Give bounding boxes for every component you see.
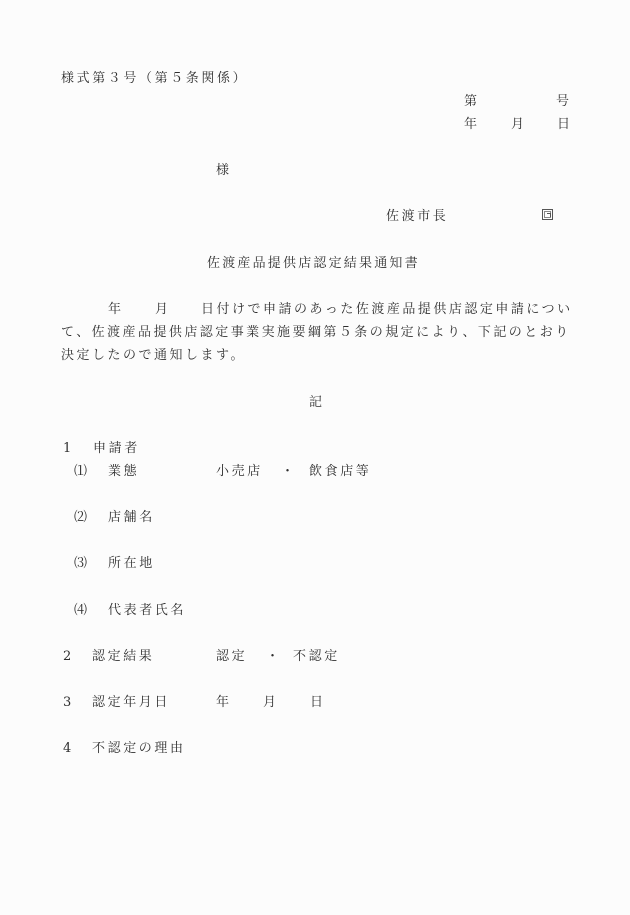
item-number: 1 [63,442,74,455]
body-line1: 日付けで申請のあった佐渡産品提供店認定申請につい [201,303,573,316]
item-label: 不認定の理由 [92,742,186,755]
subitem-number: ⑷ [74,604,90,617]
addressee-honorific: 様 [216,164,232,177]
subitem-number: ⑶ [74,557,90,570]
issue-date-year: 年 [464,118,480,131]
body-line2: て、佐渡産品提供店認定事業実施要綱第５条の規定により、下記のとおり [61,326,571,339]
ref-number-suffix: 号 [556,95,572,108]
item-label: 申請者 [93,442,140,455]
subitem-label: 所在地 [108,557,155,570]
option-certified: 認定 [216,650,247,663]
ref-number-prefix: 第 [464,95,480,108]
issue-date-month: 月 [511,118,527,131]
option-restaurant: 飲食店等 [309,465,371,478]
item-number: 4 [63,742,74,755]
date-year: 年 [216,696,232,709]
subitem-label: 店舗名 [108,511,155,524]
subitem-label: 業態 [108,465,139,478]
subitem-number: ⑵ [74,511,90,524]
date-month: 月 [263,696,279,709]
issue-date-day: 日 [557,118,573,131]
subitem-number: ⑴ [74,465,90,478]
seal-icon [542,209,553,220]
body-year: 年 [108,303,124,316]
option-separator: ・ [281,465,297,478]
date-day: 日 [310,696,326,709]
body-month: 月 [155,303,171,316]
item-number: 2 [63,650,74,663]
body-line3: 決定したので通知します。 [61,349,246,362]
option-retail: 小売店 [216,465,263,478]
ki-label: 記 [309,396,325,409]
item-label: 認定年月日 [92,696,170,709]
item-number: 3 [63,696,74,709]
subitem-label: 代表者氏名 [108,604,186,617]
document-title: 佐渡産品提供店認定結果通知書 [207,257,420,270]
item-label: 認定結果 [92,650,154,663]
issuer-name: 佐渡市長 [386,210,448,223]
form-number: 様式第３号（第５条関係） [61,72,248,85]
option-separator: ・ [266,650,282,663]
option-not-certified: 不認定 [293,650,340,663]
